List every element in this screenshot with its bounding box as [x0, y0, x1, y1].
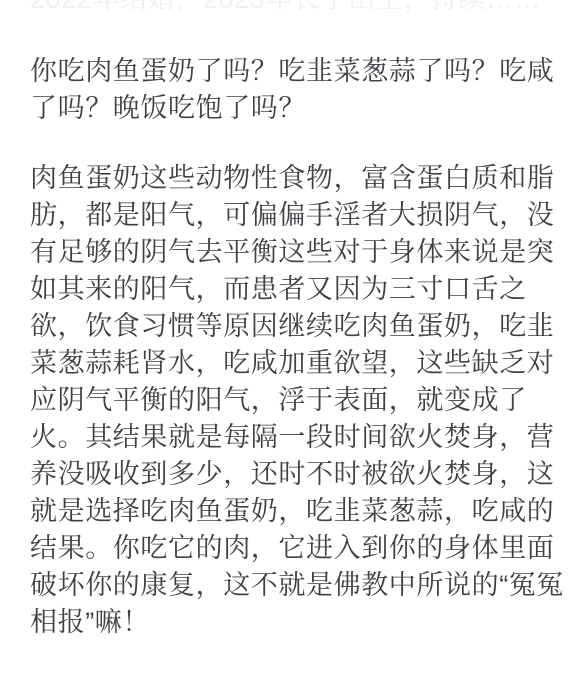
text-line: 有足够的阴气去平衡这些对于身体来说是突	[30, 234, 552, 271]
text-line: 相报”嘛！	[30, 604, 552, 641]
text-line: 菜葱蒜耗肾水，吃咸加重欲望，这些缺乏对	[30, 345, 552, 382]
text-line: 火。其结果就是每隔一段时间欲火焚身，营	[30, 419, 552, 456]
paragraph-explanation: 肉鱼蛋奶这些动物性食物，富含蛋白质和脂 肪，都是阳气，可偏偏手淫者大损阴气，没 …	[30, 160, 552, 641]
text-line: 就是选择吃肉鱼蛋奶，吃韭菜葱蒜，吃咸的	[30, 493, 552, 530]
text-line: 应阴气平衡的阳气，浮于表面，就变成了	[30, 382, 552, 419]
text-line: 欲，饮食习惯等原因继续吃肉鱼蛋奶，吃韭	[30, 308, 552, 345]
clipped-previous-line: 2022年结婚，2023年长子出生，持续……	[30, 0, 541, 13]
paragraph-questions: 你吃肉鱼蛋奶了吗？吃韭菜葱蒜了吗？吃咸 了吗？晚饭吃饱了吗？	[30, 53, 552, 127]
text-line: 你吃肉鱼蛋奶了吗？吃韭菜葱蒜了吗？吃咸	[30, 53, 552, 90]
scrollable-text-view[interactable]: 2022年结婚，2023年长子出生，持续…… 你吃肉鱼蛋奶了吗？吃韭菜葱蒜了吗？…	[0, 0, 580, 681]
text-line: 结果。你吃它的肉，它进入到你的身体里面	[30, 530, 552, 567]
text-line: 养没吸收到多少，还时不时被欲火焚身，这	[30, 456, 552, 493]
text-line: 肪，都是阳气，可偏偏手淫者大损阴气，没	[30, 197, 552, 234]
article-body: 你吃肉鱼蛋奶了吗？吃韭菜葱蒜了吗？吃咸 了吗？晚饭吃饱了吗？ 肉鱼蛋奶这些动物性…	[30, 53, 552, 674]
text-line: 破坏你的康复，这不就是佛教中所说的“冤冤	[30, 567, 552, 604]
text-line: 了吗？晚饭吃饱了吗？	[30, 90, 552, 127]
text-line: 肉鱼蛋奶这些动物性食物，富含蛋白质和脂	[30, 160, 552, 197]
text-line: 如其来的阳气，而患者又因为三寸口舌之	[30, 271, 552, 308]
